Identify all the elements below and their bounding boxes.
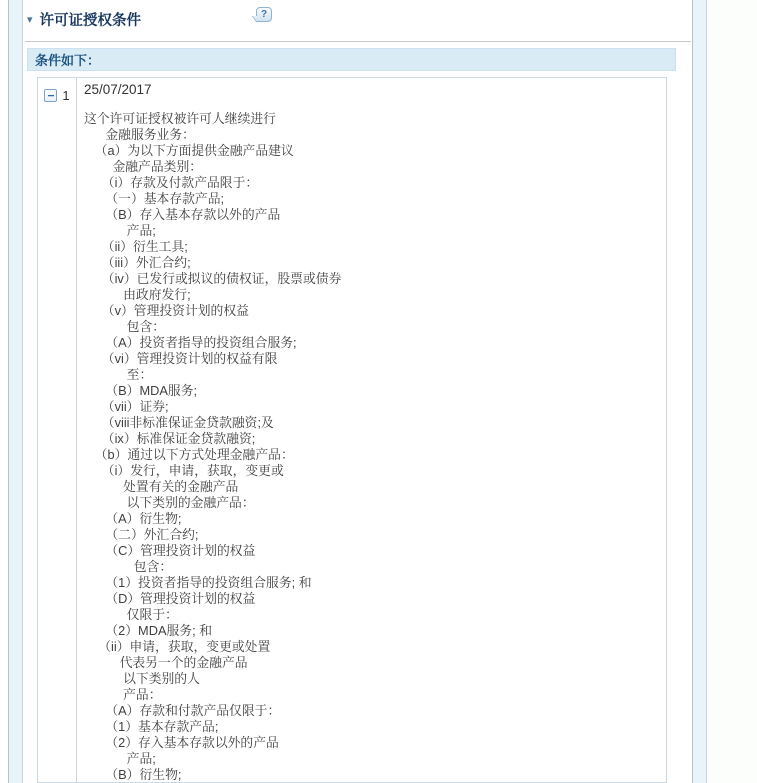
right-border-band bbox=[692, 0, 707, 783]
condition-tree-cell: − 1 bbox=[38, 78, 77, 782]
condition-content-cell: 25/07/2017 这个许可证授权被许可人继续进行 金融服务业务： （a）为以… bbox=[77, 78, 666, 782]
section-title: 许可证授权条件 bbox=[40, 9, 142, 30]
page: ▾ 许可证授权条件 ? 条件如下： − 1 25/07/2017 这个许可证授权… bbox=[0, 0, 757, 783]
left-border-band bbox=[8, 0, 23, 783]
conditions-panel: − 1 25/07/2017 这个许可证授权被许可人继续进行 金融服务业务： （… bbox=[37, 77, 667, 783]
conditions-subheader-bar: 条件如下： bbox=[27, 48, 676, 71]
help-icon[interactable]: ? bbox=[256, 7, 272, 22]
condition-number: 1 bbox=[62, 88, 69, 103]
conditions-subheader-label: 条件如下： bbox=[35, 50, 100, 69]
condition-tree-row: − 1 bbox=[38, 88, 76, 103]
collapse-minus-icon[interactable]: − bbox=[44, 89, 57, 102]
section-collapse-header[interactable]: ▾ 许可证授权条件 bbox=[27, 9, 141, 30]
header-divider bbox=[25, 41, 691, 42]
condition-date: 25/07/2017 bbox=[84, 81, 656, 98]
collapse-arrow-icon: ▾ bbox=[27, 13, 33, 27]
page-background-right bbox=[707, 0, 757, 783]
condition-body-text: 这个许可证授权被许可人继续进行 金融服务业务： （a）为以下方面提供金融产品建议… bbox=[84, 111, 656, 782]
